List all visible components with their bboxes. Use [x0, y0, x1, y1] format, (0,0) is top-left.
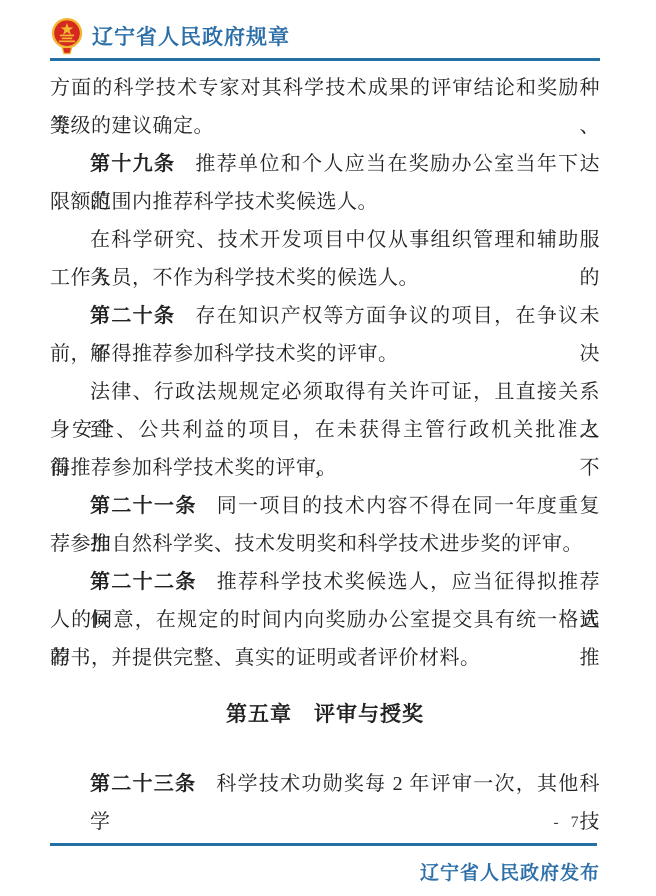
- body-line: 限额范围内推荐科学技术奖候选人。: [50, 183, 600, 221]
- chapter-heading: 第五章 评审与授奖: [50, 695, 600, 733]
- body-line: 人的同意，在规定的时间内向奖励办公室提交具有统一格式的推: [50, 601, 600, 639]
- article-number: 第十九条: [90, 153, 175, 175]
- article-number: 第二十三条: [90, 773, 196, 795]
- body-line: 第二十条存在知识产权等方面争议的项目，在争议未解决: [50, 297, 600, 335]
- china-national-emblem-icon: [50, 17, 84, 55]
- body-line: 在科学研究、技术开发项目中仅从事组织管理和辅助服务的: [50, 221, 600, 259]
- body-line: 第二十一条同一项目的技术内容不得在同一年度重复推: [50, 487, 600, 525]
- page-title: 辽宁省人民政府规章: [92, 21, 290, 51]
- header-row: 辽宁省人民政府规章: [50, 16, 600, 56]
- body-line: 法律、行政法规规定必须取得有关许可证，且直接关系到人: [50, 373, 600, 411]
- page-number: - 7 -: [553, 814, 600, 832]
- footer-divider: [50, 843, 597, 846]
- page-header: 辽宁省人民政府规章: [0, 0, 656, 61]
- body-line: 荐参加自然科学奖、技术发明奖和科学技术进步奖的评审。: [50, 525, 600, 563]
- body-line: 第十九条推荐单位和个人应当在奖励办公室当年下达的: [50, 145, 600, 183]
- article-number: 第二十一条: [90, 495, 197, 517]
- document-body: 方面的科学技术专家对其科学技术成果的评审结论和奖励种类、 等级的建议确定。 第十…: [0, 61, 656, 803]
- document-page: 辽宁省人民政府规章 方面的科学技术专家对其科学技术成果的评审结论和奖励种类、 等…: [0, 0, 656, 896]
- body-line: 第二十二条推荐科学技术奖候选人，应当征得拟推荐候选: [50, 563, 600, 601]
- body-line: 第二十三条科学技术功勋奖每 2 年评审一次，其他科学技: [50, 765, 600, 803]
- body-line: 身安全、公共利益的项目，在未获得主管行政机关批准之前，不: [50, 411, 600, 449]
- article-number: 第二十条: [90, 305, 175, 327]
- article-number: 第二十二条: [90, 571, 197, 593]
- body-line: 方面的科学技术专家对其科学技术成果的评审结论和奖励种类、: [50, 69, 600, 107]
- publisher-label: 辽宁省人民政府发布: [420, 858, 600, 885]
